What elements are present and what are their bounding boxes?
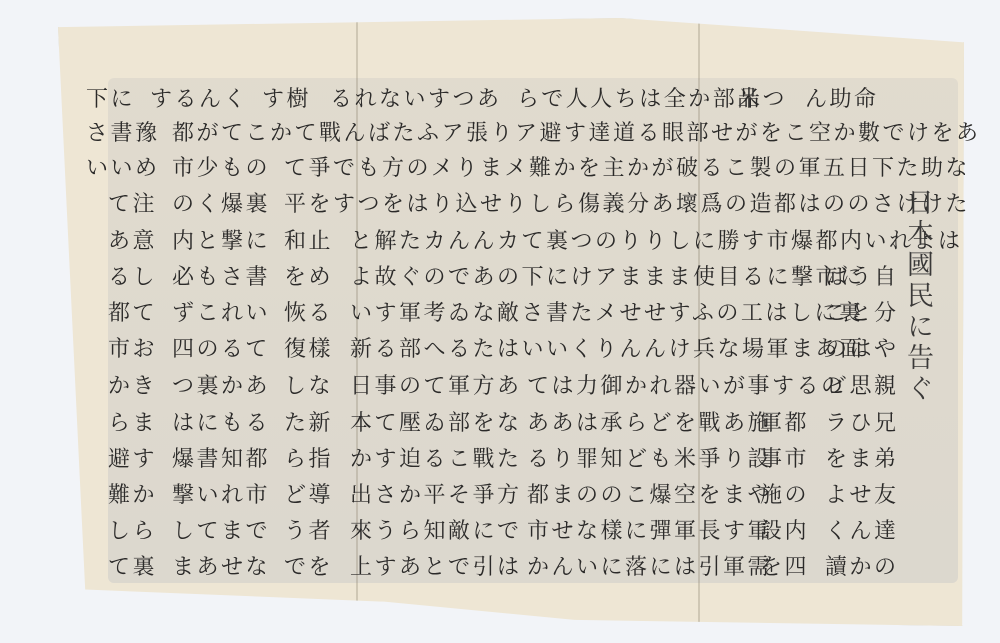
text-segment: ビ思親	[825, 373, 899, 401]
text-segment: かき	[108, 373, 157, 401]
text-segment: 四のるて	[172, 336, 270, 364]
text-segment: らで人人ちは全か部品	[517, 86, 762, 114]
text-segment: 内と撃に	[172, 228, 270, 256]
text-segment: しら	[108, 518, 157, 546]
text-segment: 來うら知敵にで	[350, 518, 522, 546]
text-segment: ら指	[284, 446, 333, 474]
text-segment: らま	[108, 410, 157, 438]
text-segment: かす迫るこ戰た	[350, 446, 522, 474]
text-segment: こと分	[825, 300, 899, 328]
text-segment: 上すあとで引は	[350, 554, 522, 582]
text-segment: のはや	[825, 336, 899, 364]
text-segment: るし	[108, 264, 157, 292]
text-segment: 平をすつをはり込せりしら傷義分あ壞爲の造都はののさけけた	[284, 191, 970, 219]
text-segment: つ裏かあ	[172, 373, 270, 401]
text-segment: す樹	[262, 86, 311, 114]
text-segment: 都まののこ爆空をまや	[527, 482, 772, 510]
text-segment: 都て	[108, 300, 157, 328]
text-segment: 讀かの	[825, 554, 899, 582]
text-segment: 和止	[284, 228, 333, 256]
text-segment: ん助命	[805, 86, 879, 114]
text-segment: るれないすつあ	[330, 86, 502, 114]
text-segment: 市お	[108, 336, 157, 364]
text-segment: さ書豫	[86, 120, 160, 148]
text-segment: 市少もの	[172, 155, 270, 183]
text-segment: う者	[284, 518, 333, 546]
text-segment: をま弟	[825, 446, 899, 474]
text-segment: ああは承らどを戰あ施	[527, 410, 772, 438]
text-segment: くん達	[825, 518, 899, 546]
text-segment: よ故ぐのであの下にけアままま使目るに撃市に	[350, 264, 865, 292]
text-segment: 恢る	[284, 300, 333, 328]
text-segment: をめ	[284, 264, 333, 292]
text-segment: 出さか平そ爭方	[350, 482, 522, 510]
text-segment: 撃いれ市	[172, 482, 270, 510]
text-segment: 下に	[86, 86, 135, 114]
text-segment: いす軍考ゐな敵さ書たメせせすふの工はしに裏	[350, 300, 863, 328]
text-segment: しな	[284, 373, 333, 401]
text-segment: するんく	[150, 86, 248, 114]
text-segment: 本て壓ゐ部をな	[350, 410, 522, 438]
text-segment: 新る部へるたはいいくりんんけ兵な場軍まあ面	[350, 336, 865, 364]
text-segment: 爆書知都	[172, 446, 270, 474]
text-segment: ずこれい	[172, 300, 270, 328]
text-segment: 市せな樣に彈軍長す軍	[527, 518, 772, 546]
text-segment: 難か	[108, 482, 157, 510]
text-segment: るり罪知ども米爭り設	[527, 446, 772, 474]
text-segment: を四	[760, 554, 809, 582]
text-segment: 復樣	[284, 336, 333, 364]
text-segment: 都がてこかて戰んばたふア張りア避す達道る眼部せがをこ空か數でけをあ	[172, 120, 981, 148]
text-segment: 設内	[760, 518, 809, 546]
text-segment: 避す	[108, 446, 157, 474]
text-segment: 日事のて軍方あ	[350, 373, 522, 401]
text-segment: あ意	[108, 228, 157, 256]
text-segment: ては力御かれ器いが事するの	[527, 373, 846, 401]
text-segment: ばう自	[825, 264, 899, 292]
text-segment: た新	[284, 410, 333, 438]
text-segment: て注	[108, 191, 157, 219]
text-segment: 事市	[760, 446, 809, 474]
text-segment: 米つ	[738, 86, 787, 114]
text-segment: でを	[284, 554, 333, 582]
text-segment: かんいに落には引軍需	[527, 554, 772, 582]
text-segment: て爭でも方のメりまメ難かを主かが破るこ製の軍五日下た助な	[284, 155, 970, 183]
leaflet-title: 日本國民に告ぐ	[900, 188, 936, 405]
text-segment: いいめ	[86, 155, 160, 183]
text-segment: 施の	[760, 482, 809, 510]
text-segment: て裏	[108, 554, 157, 582]
text-segment: はにもる	[172, 410, 270, 438]
text-segment: 必もさ書	[172, 264, 270, 292]
text-segment: よせ友	[825, 482, 899, 510]
text-segment: ラひ兄	[825, 410, 899, 438]
text-segment: のく爆裏	[172, 191, 270, 219]
text-segment: と解たカんんカて裏つのりりしに勝す市爆都内いれよは	[350, 228, 963, 256]
text-segment: まあせな	[172, 554, 270, 582]
text-segment: ど導	[284, 482, 333, 510]
text-segment: してまで	[172, 518, 270, 546]
text-segment: 軍都	[760, 410, 809, 438]
